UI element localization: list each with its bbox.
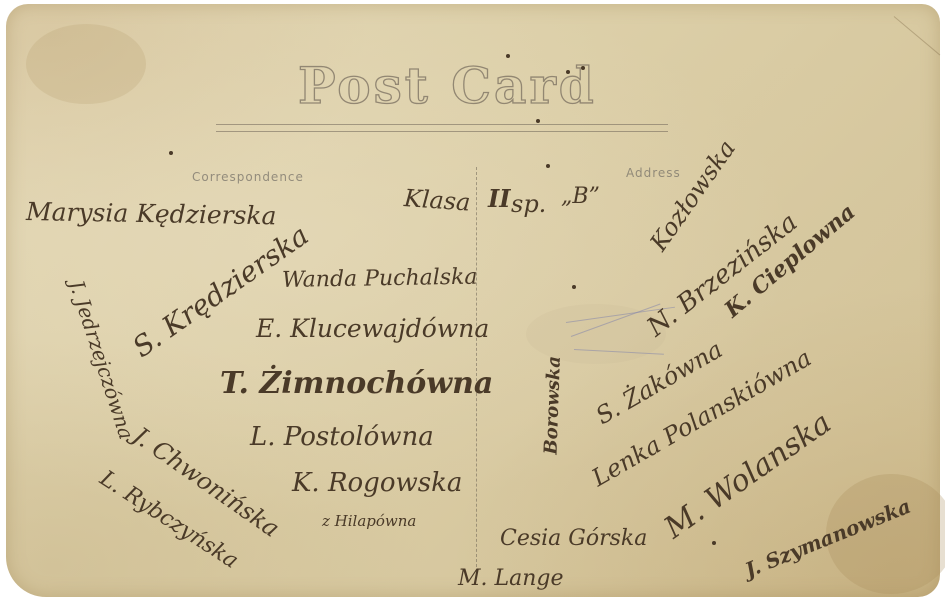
signature-3: Wanda Puchalska [282,265,478,293]
klasa-text: Klasa [403,184,471,217]
correspondence-label: Correspondence [192,170,304,184]
signature-7: K. Rogowska [292,468,462,498]
ink-spot [712,541,716,545]
signature-4: E. Klucewajdówna [256,314,489,343]
section-prefix-text: sp. [511,190,546,218]
title-rule-top [216,124,668,125]
title-rule-bottom [216,131,668,132]
signature-1: Marysia Kędzierska [26,197,277,230]
ink-spot [546,164,550,168]
signature-5: T. Żimnochówna [220,366,493,401]
signature-8: z Hilapówna [322,512,416,530]
signature-9: Cesia Górska [500,526,647,551]
ink-spot [536,119,540,123]
postcard-title: Post Card [298,56,597,115]
postcard-back: Post Card Correspondence Address Klasa I… [6,4,940,597]
ink-spot [566,70,570,74]
ink-spot [572,285,576,289]
corner-crease [894,16,941,55]
signature-6: L. Postolówna [250,422,434,452]
signature-17: Borowska [541,356,565,455]
ink-spot [581,66,585,70]
section-text: „B” [561,184,600,209]
signature-13: J. Jedrzejczówna [65,277,139,442]
ink-spot [506,54,510,58]
grade-text: II [488,184,510,213]
ink-spot [169,151,173,155]
stain [26,24,146,104]
signature-14: Kozłowska [645,135,742,256]
signature-10: M. Lange [458,566,564,591]
address-label: Address [626,166,681,180]
